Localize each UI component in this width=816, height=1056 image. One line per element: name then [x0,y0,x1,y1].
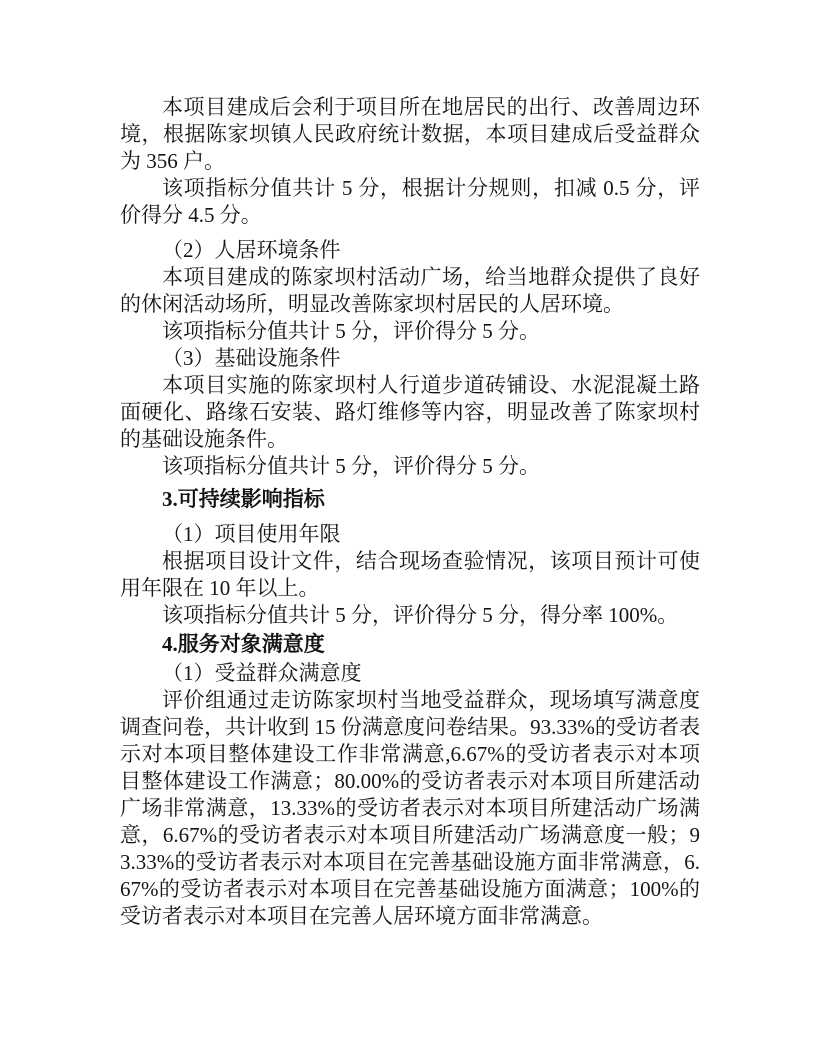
paragraph-infrastructure: 本项目实施的陈家坝村人行道步道砖铺设、水泥混凝土路面硬化、路缘石安装、路灯维修等… [120,372,700,453]
paragraph-satisfaction-survey-results: 评价组通过走访陈家坝村当地受益群众，现场填写满意度调查问卷，共计收到 15 份满… [120,687,700,930]
subheading-infrastructure: （3）基础设施条件 [120,345,700,372]
document-page: 本项目建成后会利于项目所在地居民的出行、改善周边环境，根据陈家坝镇人民政府统计数… [0,0,816,1056]
paragraph-project-lifespan: 根据项目设计文件，结合现场查验情况，该项目预计可使用年限在 10 年以上。 [120,548,700,602]
subheading-project-lifespan: （1）项目使用年限 [120,521,700,548]
paragraph-benefit-overview: 本项目建成后会利于项目所在地居民的出行、改善周边环境，根据陈家坝镇人民政府统计数… [120,94,700,175]
paragraph-living-environment: 本项目建成的陈家坝村活动广场，给当地群众提供了良好的休闲活动场所，明显改善陈家坝… [120,264,700,318]
paragraph-indicator-score-lifespan: 该项指标分值共计 5 分，评价得分 5 分，得分率 100%。 [120,602,700,629]
subheading-beneficiary-satisfaction: （1）受益群众满意度 [120,660,700,687]
paragraph-indicator-score-living: 该项指标分值共计 5 分，评价得分 5 分。 [120,318,700,345]
paragraph-indicator-score-location: 该项指标分值共计 5 分，根据计分规则，扣减 0.5 分，评价得分 4.5 分。 [120,175,700,229]
paragraph-indicator-score-infrastructure: 该项指标分值共计 5 分，评价得分 5 分。 [120,453,700,480]
heading-sustainability-indicator: 3.可持续影响指标 [120,486,700,513]
heading-service-satisfaction: 4.服务对象满意度 [120,631,700,658]
subheading-living-environment: （2）人居环境条件 [120,237,700,264]
